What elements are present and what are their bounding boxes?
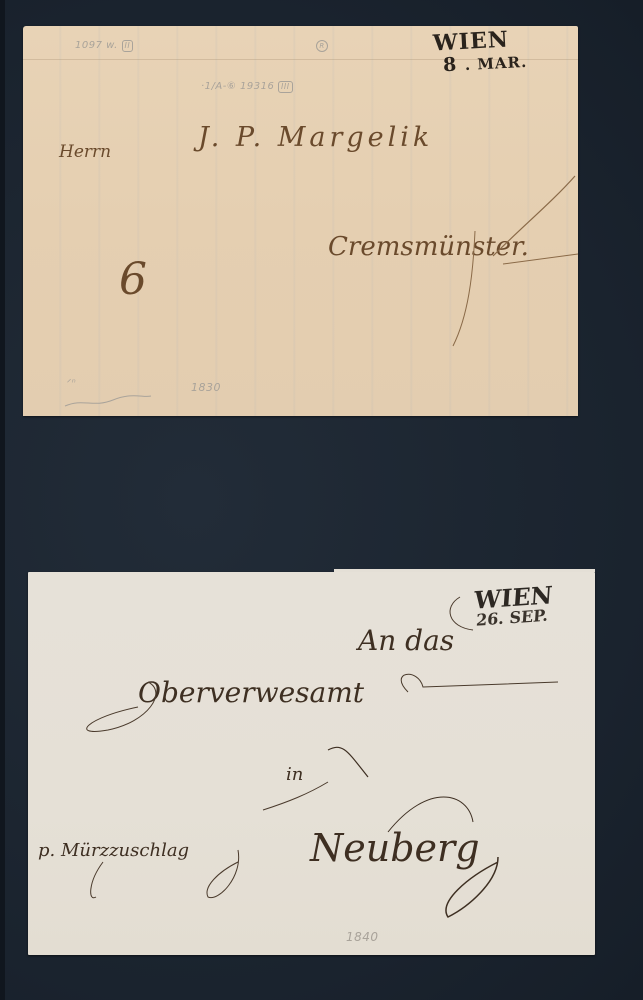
pen-flourishes [23, 26, 578, 416]
cover-1-folded-letter: 1097 w. II R ·1/A-⑥ 19316 III 1830 ᐟⁿ WI… [23, 26, 578, 416]
pen-flourishes [28, 572, 595, 955]
cover-2-folded-letter: WIEN 26. SEP. An das Oberverwesamt in Ne… [28, 572, 595, 955]
album-page: 1097 w. II R ·1/A-⑥ 19316 III 1830 ᐟⁿ WI… [0, 0, 643, 1000]
album-page-binding-edge [0, 0, 5, 1000]
